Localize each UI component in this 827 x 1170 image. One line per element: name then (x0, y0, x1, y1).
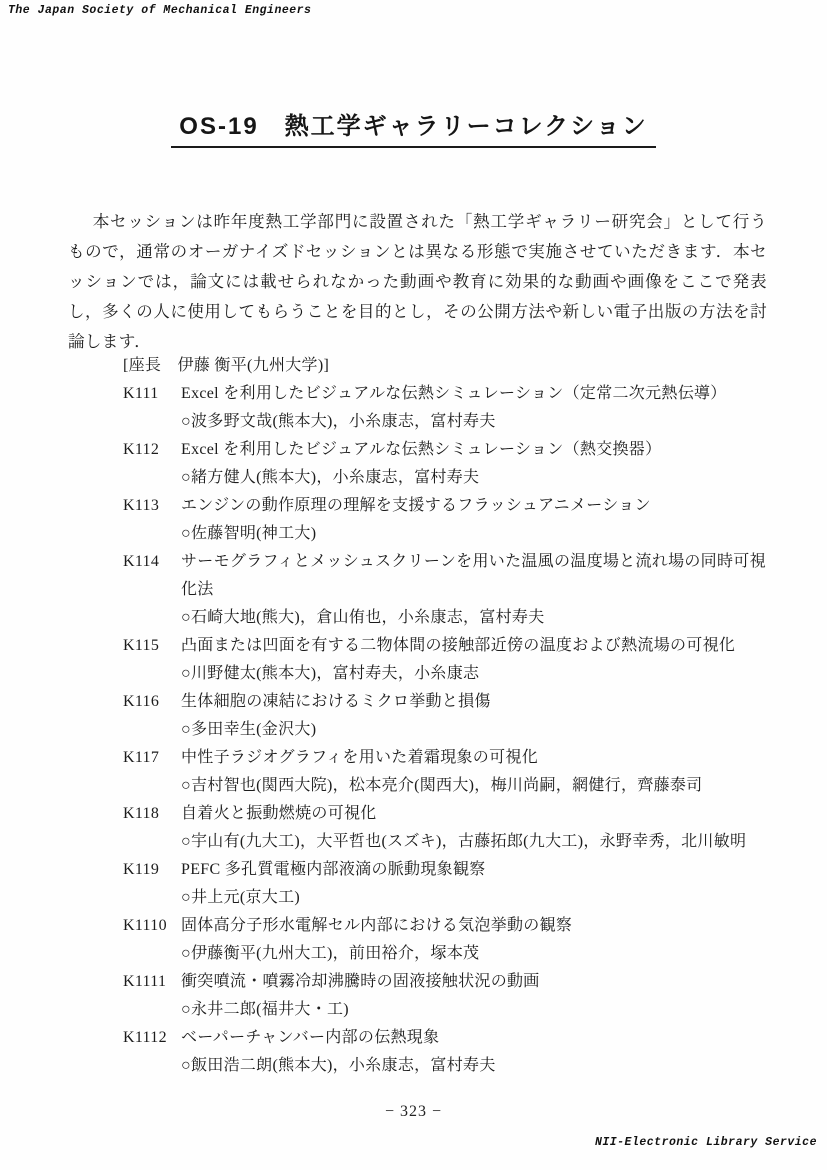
document-page: The Japan Society of Mechanical Engineer… (0, 0, 827, 1170)
session-authors: ○緒方健人(熊本大)，小糸康志，富村寿夫 (181, 464, 775, 492)
session-code: K116 (123, 688, 181, 716)
intro-paragraph: 本セッションは昨年度熱工学部門に設置された「熱工学ギャラリー研究会」として行うも… (68, 207, 767, 357)
session-row: K112 Excel を利用したビジュアルな伝熱シミュレーション（熱交換器） ○… (123, 436, 775, 492)
session-title: エンジンの動作原理の理解を支援するフラッシュアニメーション (181, 492, 775, 520)
session-authors: ○伊藤衡平(九州大工)，前田裕介，塚本茂 (181, 940, 775, 968)
session-title: 生体細胞の凍結におけるミクロ挙動と損傷 (181, 688, 775, 716)
session-row: K118 自着火と振動燃焼の可視化 ○宇山有(九大工)，大平哲也(スズキ)，古藤… (123, 800, 775, 856)
session-row: K114 サーモグラフィとメッシュスクリーンを用いた温風の温度場と流れ場の同時可… (123, 548, 775, 632)
session-row: K115 凸面または凹面を有する二物体間の接触部近傍の温度および熱流場の可視化 … (123, 632, 775, 688)
session-row: K117 中性子ラジオグラフィを用いた着霜現象の可視化 ○吉村智也(関西大院)，… (123, 744, 775, 800)
session-title: 自着火と振動燃焼の可視化 (181, 800, 775, 828)
session-authors: ○井上元(京大工) (181, 884, 775, 912)
session-title: PEFC 多孔質電極内部液滴の脈動現象観察 (181, 856, 775, 884)
session-body: PEFC 多孔質電極内部液滴の脈動現象観察 ○井上元(京大工) (181, 856, 775, 912)
chair-line: [座長 伊藤 衡平(九州大学)] (123, 352, 775, 380)
page-title: OS-19 熱工学ギャラリーコレクション (171, 106, 655, 148)
session-authors: ○石崎大地(熊大)，倉山侑也，小糸康志，富村寿夫 (181, 604, 775, 632)
session-code: K118 (123, 800, 181, 828)
session-authors: ○飯田浩二朗(熊本大)，小糸康志，富村寿夫 (181, 1052, 775, 1080)
session-authors: ○吉村智也(関西大院)，松本亮介(関西大)，梅川尚嗣，網健行，齊藤泰司 (181, 772, 775, 800)
session-authors: ○宇山有(九大工)，大平哲也(スズキ)，古藤拓郎(九大工)，永野幸秀，北川敏明 (181, 828, 775, 856)
session-row: K119 PEFC 多孔質電極内部液滴の脈動現象観察 ○井上元(京大工) (123, 856, 775, 912)
session-body: 衝突噴流・噴霧冷却沸騰時の固液接触状況の動画 ○永井二郎(福井大・工) (181, 968, 775, 1024)
session-body: 中性子ラジオグラフィを用いた着霜現象の可視化 ○吉村智也(関西大院)，松本亮介(… (181, 744, 775, 800)
session-list: [座長 伊藤 衡平(九州大学)] K111 Excel を利用したビジュアルな伝… (123, 352, 775, 1080)
session-title: 衝突噴流・噴霧冷却沸騰時の固液接触状況の動画 (181, 968, 775, 996)
session-title: 固体高分子形水電解セル内部における気泡挙動の観察 (181, 912, 775, 940)
session-code: K1110 (123, 912, 181, 940)
session-row: K116 生体細胞の凍結におけるミクロ挙動と損傷 ○多田幸生(金沢大) (123, 688, 775, 744)
session-authors: ○波多野文哉(熊本大)，小糸康志，富村寿夫 (181, 408, 775, 436)
session-code: K1112 (123, 1024, 181, 1052)
session-authors: ○佐藤智明(神工大) (181, 520, 775, 548)
session-title: Excel を利用したビジュアルな伝熱シミュレーション（熱交換器） (181, 436, 775, 464)
session-authors: ○多田幸生(金沢大) (181, 716, 775, 744)
session-body: 凸面または凹面を有する二物体間の接触部近傍の温度および熱流場の可視化 ○川野健太… (181, 632, 775, 688)
session-code: K113 (123, 492, 181, 520)
session-row: K1111 衝突噴流・噴霧冷却沸騰時の固液接触状況の動画 ○永井二郎(福井大・工… (123, 968, 775, 1024)
session-title: ベーパーチャンバー内部の伝熱現象 (181, 1024, 775, 1052)
session-code: K114 (123, 548, 181, 576)
session-code: K111 (123, 380, 181, 408)
session-body: Excel を利用したビジュアルな伝熱シミュレーション（定常二次元熱伝導） ○波… (181, 380, 775, 436)
session-row: K1112 ベーパーチャンバー内部の伝熱現象 ○飯田浩二朗(熊本大)，小糸康志，… (123, 1024, 775, 1080)
session-code: K115 (123, 632, 181, 660)
session-body: 生体細胞の凍結におけるミクロ挙動と損傷 ○多田幸生(金沢大) (181, 688, 775, 744)
session-authors: ○川野健太(熊本大)，富村寿夫，小糸康志 (181, 660, 775, 688)
session-row: K113 エンジンの動作原理の理解を支援するフラッシュアニメーション ○佐藤智明… (123, 492, 775, 548)
page-number: − 323 − (0, 1103, 827, 1121)
session-row: K111 Excel を利用したビジュアルな伝熱シミュレーション（定常二次元熱伝… (123, 380, 775, 436)
session-body: ベーパーチャンバー内部の伝熱現象 ○飯田浩二朗(熊本大)，小糸康志，富村寿夫 (181, 1024, 775, 1080)
publisher-header: The Japan Society of Mechanical Engineer… (8, 4, 311, 17)
session-code: K112 (123, 436, 181, 464)
session-body: 自着火と振動燃焼の可視化 ○宇山有(九大工)，大平哲也(スズキ)，古藤拓郎(九大… (181, 800, 775, 856)
title-wrap: OS-19 熱工学ギャラリーコレクション (0, 106, 827, 148)
session-authors: ○永井二郎(福井大・工) (181, 996, 775, 1024)
session-title: 中性子ラジオグラフィを用いた着霜現象の可視化 (181, 744, 775, 772)
session-row: K1110 固体高分子形水電解セル内部における気泡挙動の観察 ○伊藤衡平(九州大… (123, 912, 775, 968)
session-body: Excel を利用したビジュアルな伝熱シミュレーション（熱交換器） ○緒方健人(… (181, 436, 775, 492)
library-service-footer: NII-Electronic Library Service (595, 1136, 817, 1149)
session-body: エンジンの動作原理の理解を支援するフラッシュアニメーション ○佐藤智明(神工大) (181, 492, 775, 548)
session-code: K1111 (123, 968, 181, 996)
session-title: 凸面または凹面を有する二物体間の接触部近傍の温度および熱流場の可視化 (181, 632, 775, 660)
session-title: サーモグラフィとメッシュスクリーンを用いた温風の温度場と流れ場の同時可視化法 (181, 548, 775, 604)
session-title: Excel を利用したビジュアルな伝熱シミュレーション（定常二次元熱伝導） (181, 380, 775, 408)
session-code: K117 (123, 744, 181, 772)
session-code: K119 (123, 856, 181, 884)
session-body: サーモグラフィとメッシュスクリーンを用いた温風の温度場と流れ場の同時可視化法 ○… (181, 548, 775, 632)
session-body: 固体高分子形水電解セル内部における気泡挙動の観察 ○伊藤衡平(九州大工)，前田裕… (181, 912, 775, 968)
